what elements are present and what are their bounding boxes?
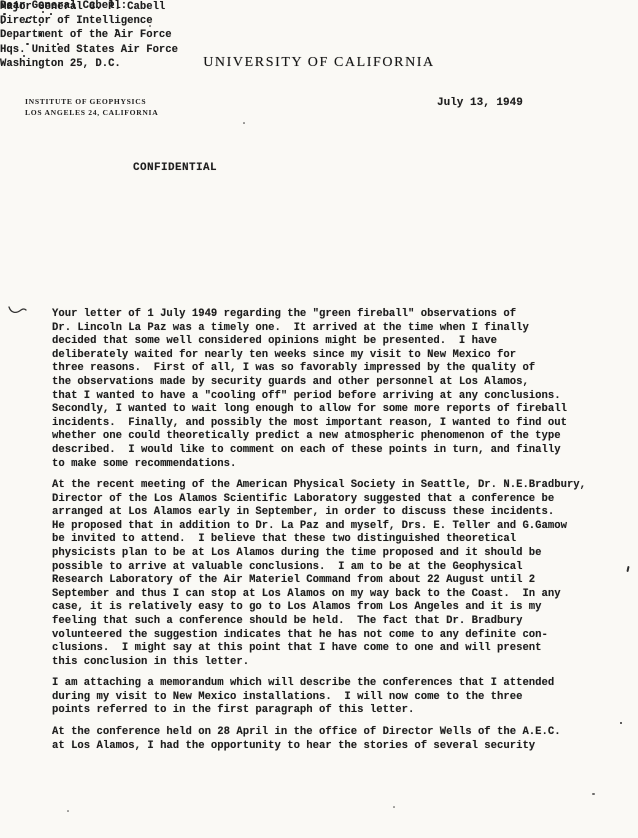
body-paragraph-1: Your letter of 1 July 1949 regarding the… (52, 308, 567, 471)
scan-speck (243, 122, 245, 124)
salutation: Dear General Cabell: (0, 0, 127, 12)
letter-date: July 13, 1949 (437, 97, 523, 109)
body-paragraph-3: I am attaching a memorandum which will d… (52, 677, 554, 718)
institute-city: LOS ANGELES 24, CALIFORNIA (25, 107, 158, 118)
body-paragraph-2: At the recent meeting of the American Ph… (52, 479, 586, 669)
margin-tick (626, 566, 629, 572)
classification-stamp: CONFIDENTIAL (133, 162, 217, 174)
scan-speck (620, 722, 622, 724)
body-paragraph-4: At the conference held on 28 April in th… (52, 726, 561, 753)
letterhead-institute-address: INSTITUTE OF GEOPHYSICS LOS ANGELES 24, … (25, 96, 158, 118)
scanned-letter-page: UNIVERSITY OF CALIFORNIA INSTITUTE OF GE… (0, 0, 638, 838)
institute-name: INSTITUTE OF GEOPHYSICS (25, 96, 158, 107)
handwritten-checkmark (7, 304, 27, 316)
scan-speck (67, 810, 69, 812)
scan-speck (592, 793, 595, 795)
scan-speck (393, 806, 395, 808)
